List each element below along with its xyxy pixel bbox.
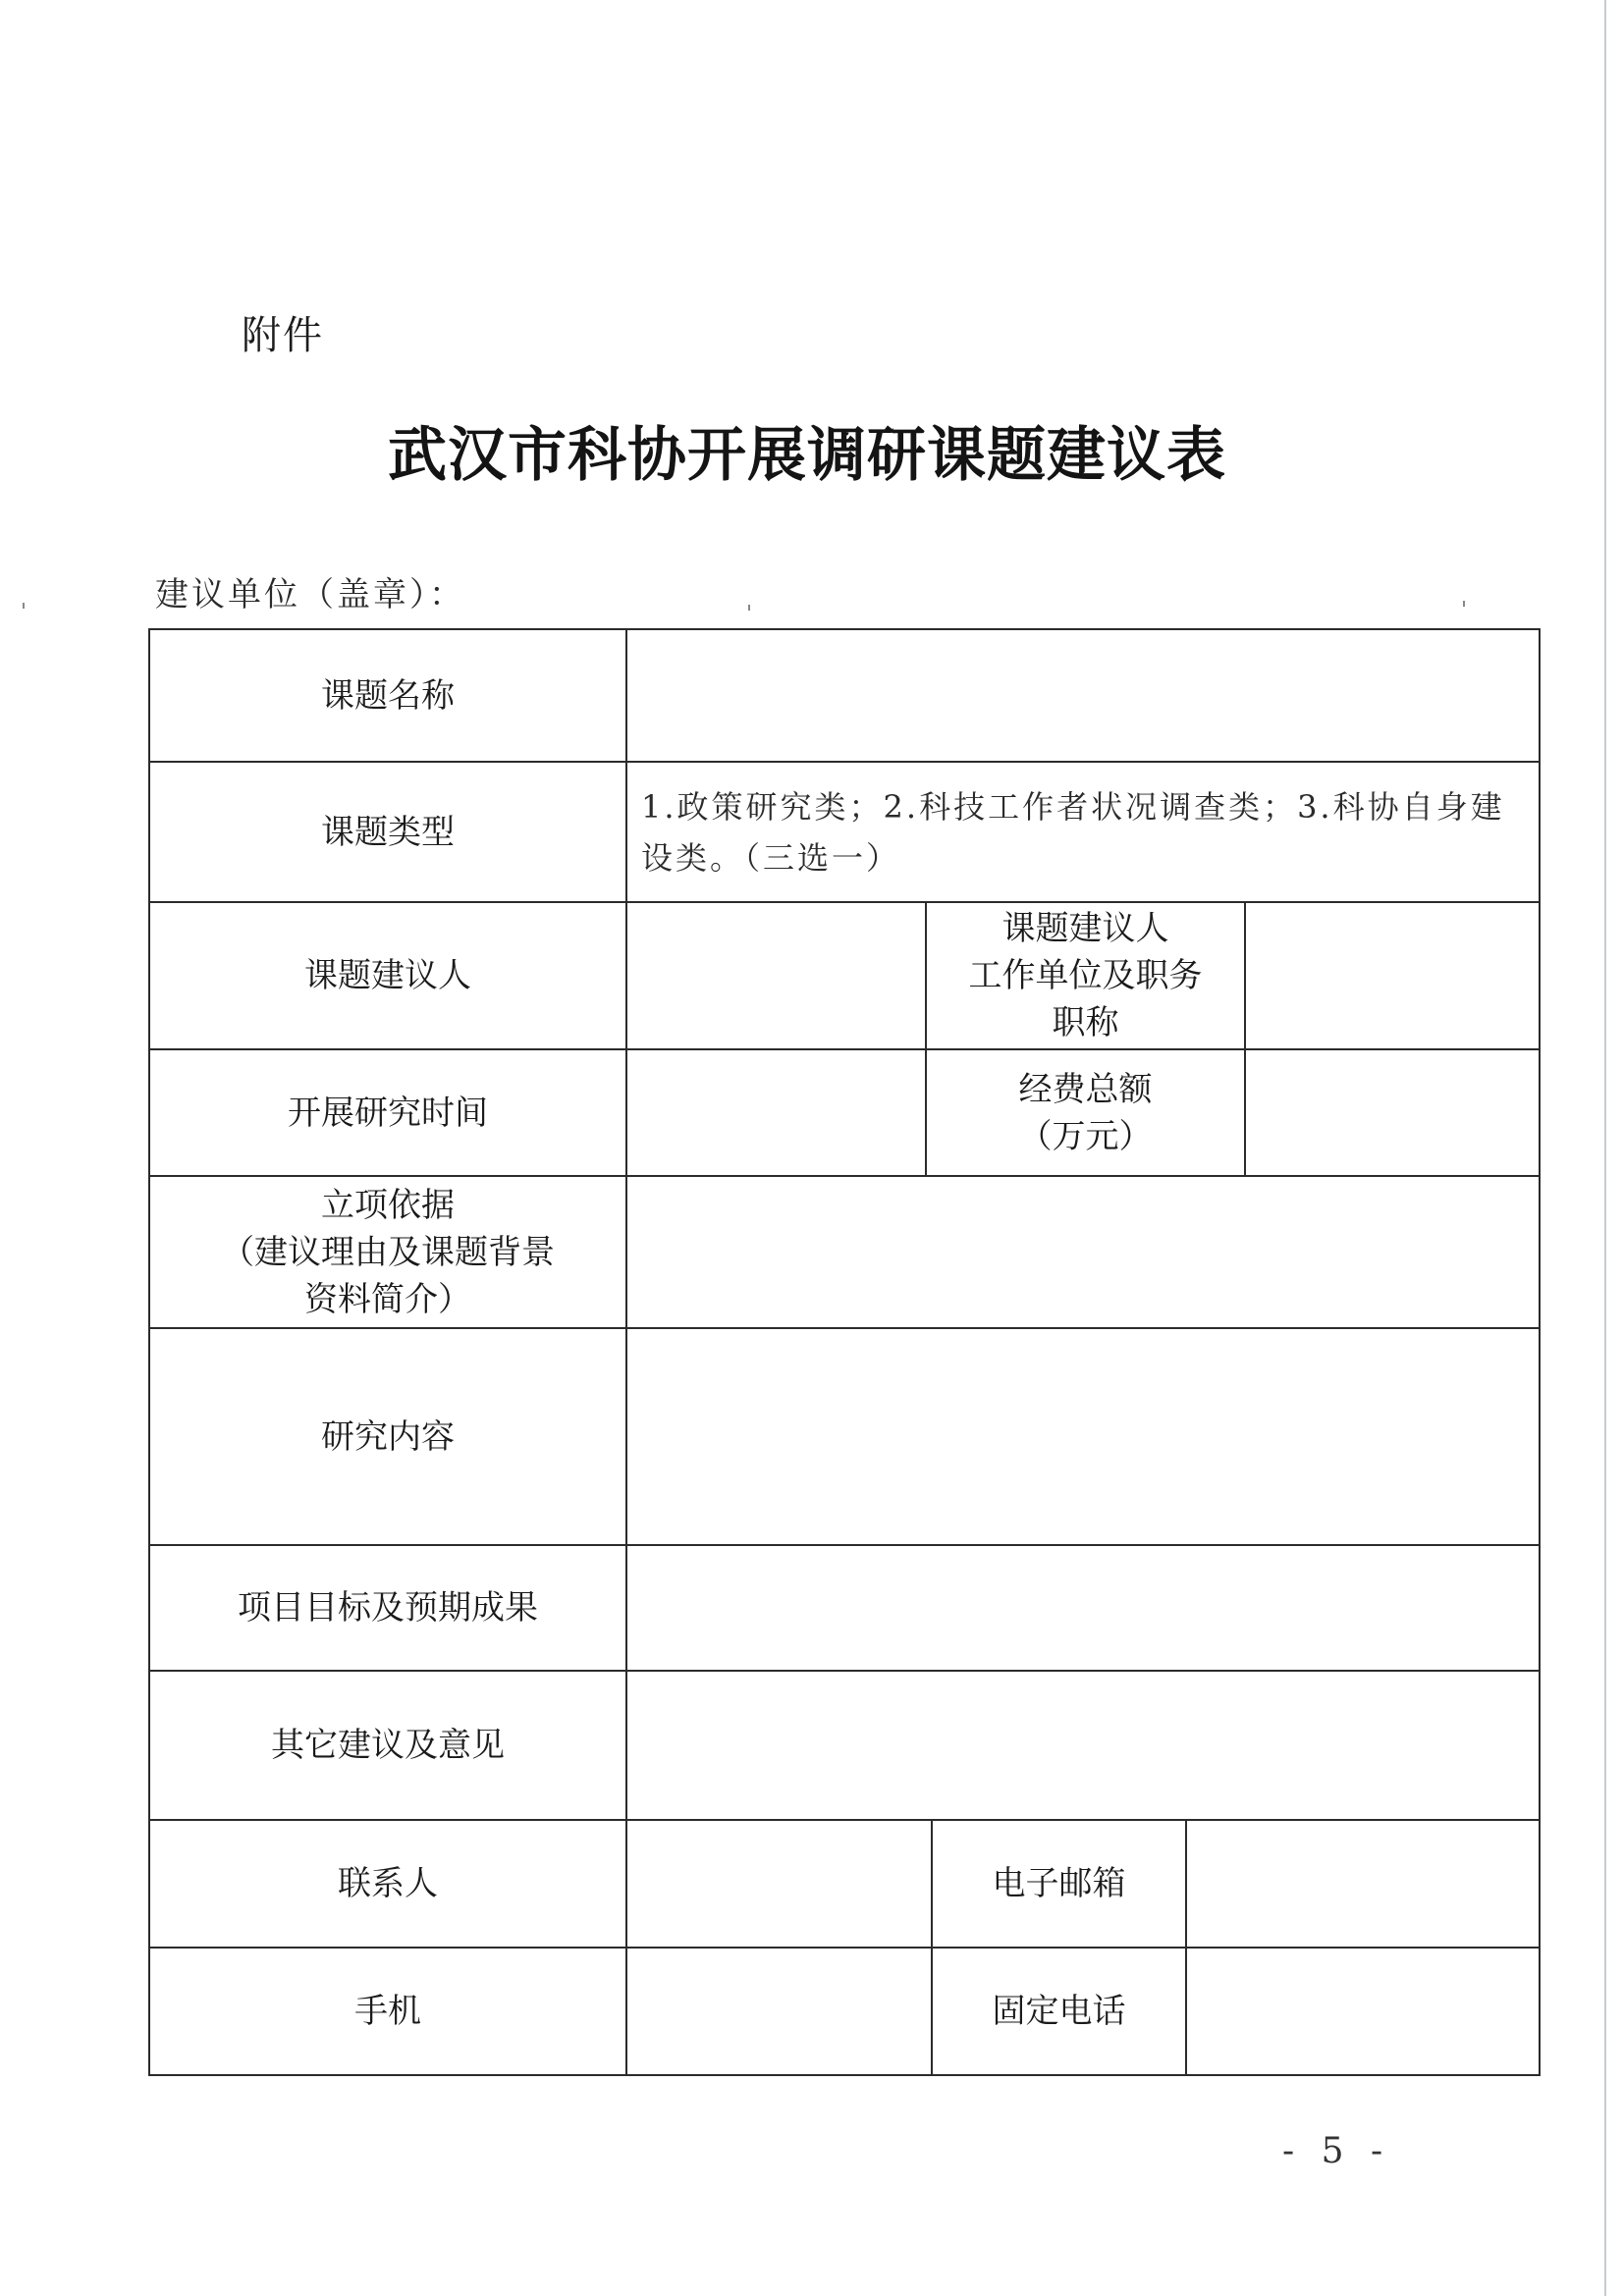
proposer-affiliation-label: 课题建议人 工作单位及职务 职称 xyxy=(926,902,1245,1049)
research-period-field[interactable] xyxy=(626,1049,926,1176)
topic-type-options[interactable]: 1.政策研究类；2.科技工作者状况调查类；3.科协自身建设类。（三选一） xyxy=(626,762,1540,902)
proposer-affiliation-field[interactable] xyxy=(1245,902,1540,1049)
project-basis-field[interactable] xyxy=(626,1176,1540,1328)
proposer-affiliation-label-line: 课题建议人 xyxy=(927,905,1244,952)
contact-person-field[interactable] xyxy=(626,1820,932,1948)
scan-speck xyxy=(748,605,750,611)
contact-table: 联系人 电子邮箱 手机 固定电话 xyxy=(148,1819,1541,2076)
research-content-label: 研究内容 xyxy=(149,1328,626,1545)
proposal-form-table: 课题名称 课题类型 1.政策研究类；2.科技工作者状况调查类；3.科协自身建设类… xyxy=(148,628,1541,1821)
table-row: 开展研究时间 经费总额 （万元） xyxy=(149,1049,1540,1176)
contact-person-label: 联系人 xyxy=(149,1820,626,1948)
email-field[interactable] xyxy=(1186,1820,1540,1948)
scan-speck xyxy=(1463,601,1465,607)
goals-outcomes-label: 项目目标及预期成果 xyxy=(149,1545,626,1671)
mobile-label: 手机 xyxy=(149,1948,626,2075)
project-basis-label-line: （建议理由及课题背景 xyxy=(150,1229,625,1276)
proposer-affiliation-label-line: 职称 xyxy=(927,999,1244,1046)
table-row: 联系人 电子邮箱 xyxy=(149,1820,1540,1948)
research-period-label: 开展研究时间 xyxy=(149,1049,626,1176)
scan-edge-line xyxy=(1604,0,1606,2296)
proposer-field[interactable] xyxy=(626,902,926,1049)
other-suggestions-field[interactable] xyxy=(626,1671,1540,1820)
document-title: 武汉市科协开展调研课题建议表 xyxy=(388,420,1226,491)
proposer-affiliation-label-line: 工作单位及职务 xyxy=(927,952,1244,999)
research-content-field[interactable] xyxy=(626,1328,1540,1545)
other-suggestions-label: 其它建议及意见 xyxy=(149,1671,626,1820)
project-basis-label-line: 立项依据 xyxy=(150,1182,625,1229)
proposer-label: 课题建议人 xyxy=(149,902,626,1049)
page-number: - 5 - xyxy=(1282,2130,1390,2173)
table-row: 手机 固定电话 xyxy=(149,1948,1540,2075)
table-row: 课题名称 xyxy=(149,629,1540,762)
proposing-unit-label: 建议单位（盖章）： xyxy=(155,575,465,614)
table-row: 课题建议人 课题建议人 工作单位及职务 职称 xyxy=(149,902,1540,1049)
mobile-field[interactable] xyxy=(626,1948,932,2075)
attachment-label: 附件 xyxy=(242,312,324,359)
total-budget-label-line: （万元） xyxy=(927,1113,1244,1160)
goals-outcomes-field[interactable] xyxy=(626,1545,1540,1671)
topic-name-field[interactable] xyxy=(626,629,1540,762)
total-budget-label: 经费总额 （万元） xyxy=(926,1049,1245,1176)
total-budget-label-line: 经费总额 xyxy=(927,1066,1244,1113)
project-basis-label-line: 资料简介） xyxy=(150,1276,625,1323)
topic-name-label: 课题名称 xyxy=(149,629,626,762)
total-budget-field[interactable] xyxy=(1245,1049,1540,1176)
scan-speck xyxy=(23,603,25,609)
project-basis-label: 立项依据 （建议理由及课题背景 资料简介） xyxy=(149,1176,626,1328)
table-row: 研究内容 xyxy=(149,1328,1540,1545)
email-label: 电子邮箱 xyxy=(932,1820,1186,1948)
landline-label: 固定电话 xyxy=(932,1948,1186,2075)
table-row: 课题类型 1.政策研究类；2.科技工作者状况调查类；3.科协自身建设类。（三选一… xyxy=(149,762,1540,902)
table-row: 立项依据 （建议理由及课题背景 资料简介） xyxy=(149,1176,1540,1328)
table-row: 其它建议及意见 xyxy=(149,1671,1540,1820)
table-row: 项目目标及预期成果 xyxy=(149,1545,1540,1671)
topic-type-label: 课题类型 xyxy=(149,762,626,902)
landline-field[interactable] xyxy=(1186,1948,1540,2075)
